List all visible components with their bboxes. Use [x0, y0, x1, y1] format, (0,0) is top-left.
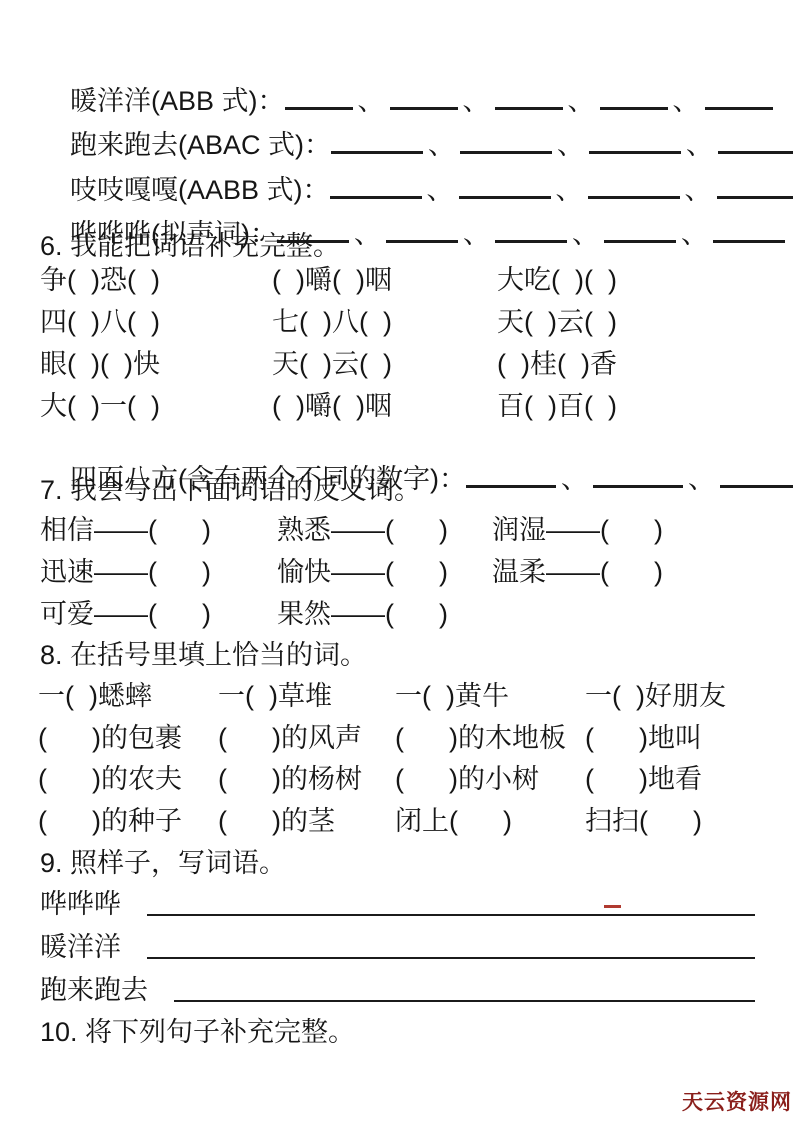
question-7-title: 7. 我会写出下面词语的反义词。: [40, 468, 421, 507]
fill-item: 七( )八( ): [272, 300, 392, 339]
blank-line: [386, 214, 458, 243]
q6-row: 四( )八( ) 七( )八( ) 天( )云( ): [0, 300, 793, 336]
quantifier-item: ( )的风声: [218, 716, 362, 755]
question-10-title: 10. 将下列句子补充完整。: [40, 1010, 355, 1049]
quantifier-item: 闭上( ): [395, 799, 512, 838]
quantifier-item: ( )的包裹: [38, 716, 182, 755]
blank-line: [593, 459, 683, 488]
q6-row: 争( )恐( ) ( )嚼( )咽 大吃( )( ): [0, 258, 793, 294]
blank-line: [495, 214, 567, 243]
fill-item: 百( )百( ): [497, 384, 617, 423]
q9-answer-row: 暖洋洋: [40, 925, 755, 964]
fill-item: 大吃( )( ): [497, 258, 617, 297]
quantifier-item: 一( )好朋友: [585, 674, 726, 713]
blank-line: [713, 214, 785, 243]
quantifier-item: ( )的茎: [218, 799, 335, 838]
fill-item: 天( )云( ): [497, 300, 617, 339]
fill-item: ( )桂( )香: [497, 342, 617, 381]
quantifier-item: 一( )蟋蟀: [38, 674, 152, 713]
enum-separator: 、: [458, 219, 495, 249]
blank-group: 、、、、: [277, 219, 785, 249]
example-word: 哗哗哗: [40, 882, 121, 921]
red-correction-mark: [604, 905, 621, 908]
example-word: 跑来跑去: [40, 968, 148, 1007]
q7-row: 可爱——( ) 果然——( ): [0, 592, 793, 628]
enum-separator: 、: [556, 464, 593, 494]
answer-line: [147, 957, 755, 959]
enum-separator: 、: [349, 219, 386, 249]
quantifier-item: 一( )黄牛: [395, 674, 509, 713]
quantifier-item: ( )的木地板: [395, 716, 566, 755]
quantifier-item: ( )的农夫: [38, 757, 182, 796]
antonym-item: 果然——( ): [277, 592, 448, 631]
fill-item: ( )嚼( )咽: [272, 258, 392, 297]
fill-item: ( )嚼( )咽: [272, 384, 392, 423]
antonym-item: 愉快——( ): [277, 550, 448, 589]
antonym-item: 可爱——( ): [40, 592, 211, 631]
q9-answer-row: 跑来跑去: [40, 968, 755, 1007]
example-word: 暖洋洋: [40, 925, 121, 964]
enum-separator: 、: [676, 219, 713, 249]
antonym-item: 润湿——( ): [492, 508, 663, 547]
antonym-item: 相信——( ): [40, 508, 211, 547]
q8-row: ( )的种子 ( )的茎 闭上( ) 扫扫( ): [0, 799, 793, 835]
enum-separator: 、: [567, 219, 604, 249]
blank-line: [466, 459, 556, 488]
answer-line: [174, 1000, 755, 1002]
fill-item: 争( )恐( ): [40, 258, 160, 297]
q7-row: 迅速——( ) 愉快——( ) 温柔——( ): [0, 550, 793, 586]
worksheet-page: 暖洋洋(ABB 式)：、、、、 跑来跑去(ABAC 式)：、、、 吱吱嘎嘎(AA…: [0, 0, 793, 1122]
quantifier-item: ( )地叫: [585, 716, 702, 755]
quantifier-item: ( )的杨树: [218, 757, 362, 796]
fill-item: 眼( )( )快: [40, 342, 160, 381]
question-9-title: 9. 照样子，写词语。: [40, 841, 286, 880]
fill-item: 四( )八( ): [40, 300, 160, 339]
antonym-item: 温柔——( ): [492, 550, 663, 589]
blank-line: [604, 214, 676, 243]
q8-row: ( )的农夫 ( )的杨树 ( )的小树 ( )地看: [0, 757, 793, 793]
antonym-item: 迅速——( ): [40, 550, 211, 589]
enum-separator: 、: [683, 464, 720, 494]
quantifier-item: 一( )草堆: [218, 674, 332, 713]
q8-row: ( )的包裹 ( )的风声 ( )的木地板 ( )地叫: [0, 716, 793, 752]
fill-item: 天( )云( ): [272, 342, 392, 381]
quantifier-item: ( )的小树: [395, 757, 539, 796]
quantifier-item: 扫扫( ): [585, 799, 702, 838]
q6-row: 大( )一( ) ( )嚼( )咽 百( )百( ): [0, 384, 793, 420]
q8-row: 一( )蟋蟀 一( )草堆 一( )黄牛 一( )好朋友: [0, 674, 793, 710]
quantifier-item: ( )的种子: [38, 799, 182, 838]
question-8-title: 8. 在括号里填上恰当的词。: [40, 633, 367, 672]
answer-line: [147, 914, 755, 916]
q6-row: 眼( )( )快 天( )云( ) ( )桂( )香: [0, 342, 793, 378]
antonym-item: 熟悉——( ): [277, 508, 448, 547]
blank-line: [720, 459, 793, 488]
watermark: 天云资源网: [682, 1086, 792, 1116]
blank-group: 、、: [466, 464, 793, 494]
fill-item: 大( )一( ): [40, 384, 160, 423]
quantifier-item: ( )地看: [585, 757, 702, 796]
q7-row: 相信——( ) 熟悉——( ) 润湿——( ): [0, 508, 793, 544]
q9-answer-row: 哗哗哗: [40, 882, 755, 921]
